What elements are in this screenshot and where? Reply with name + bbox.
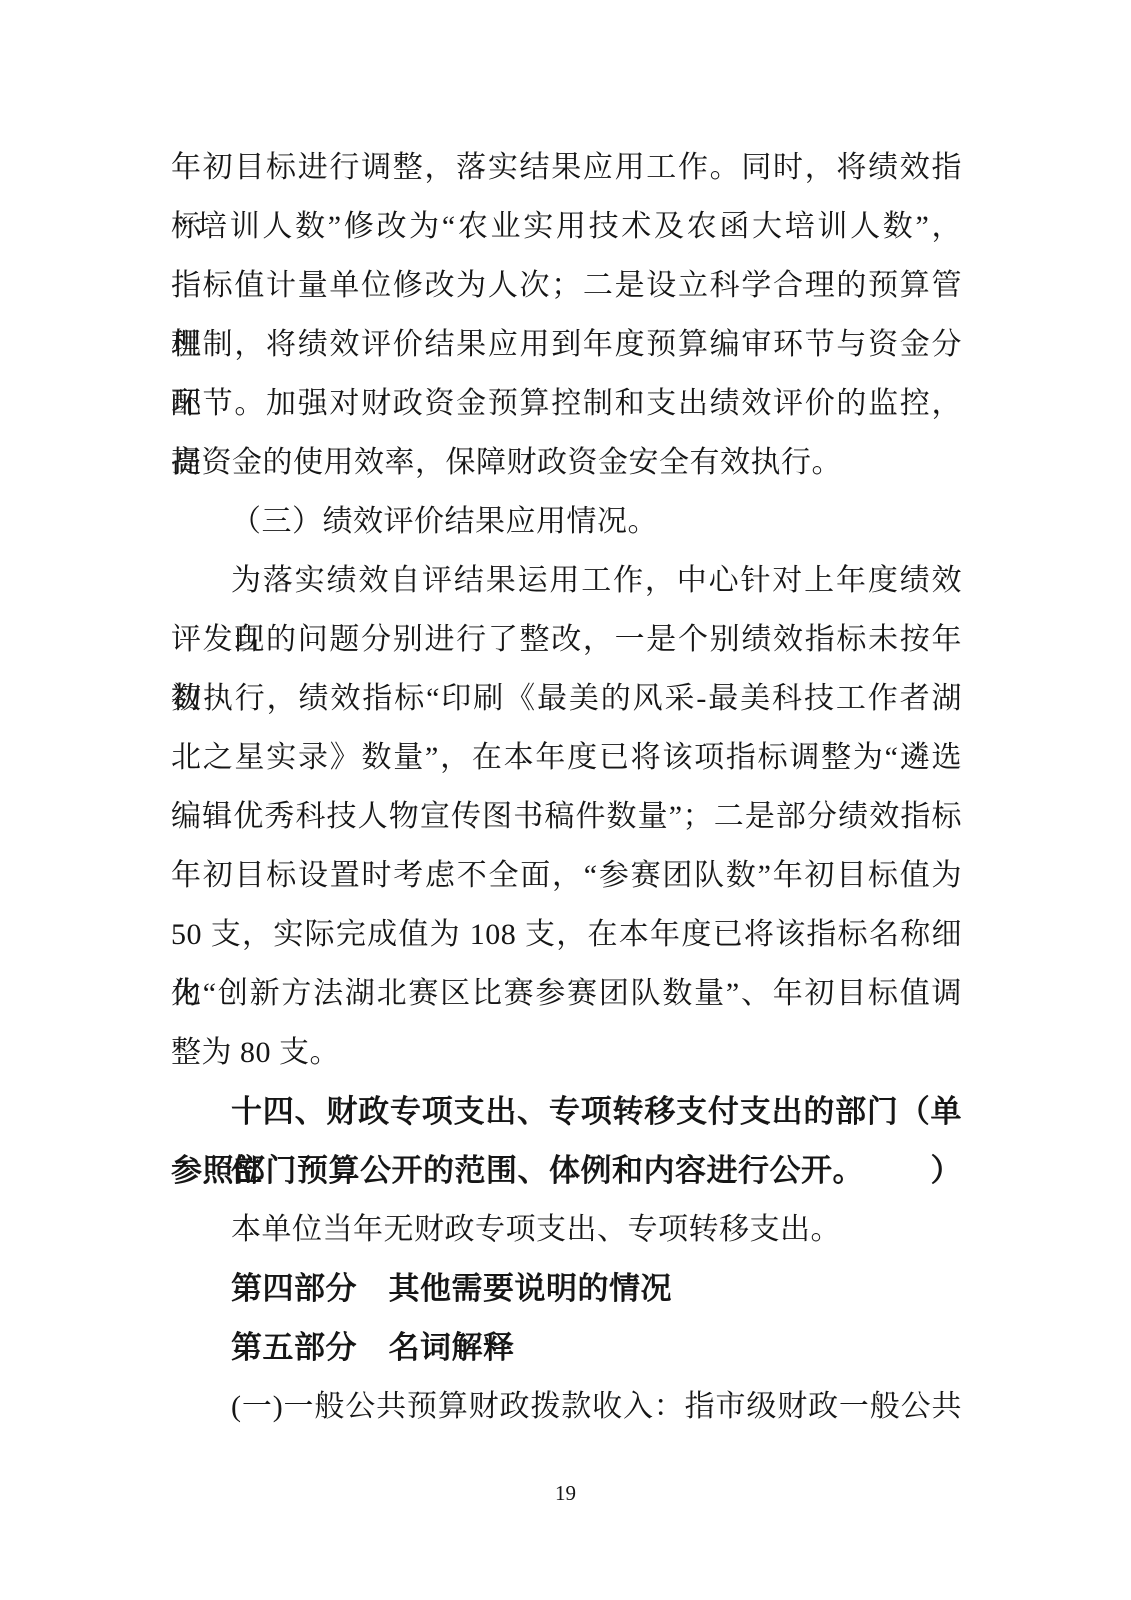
text-line-6: 高资金的使用效率，保障财政资金安全有效执行。 bbox=[171, 433, 962, 492]
text-line-5: 环节。加强对财政资金预算控制和支出绩效评价的监控，提 bbox=[171, 374, 962, 433]
text-line-4: 机制，将绩效评价结果应用到年度预算编审环节与资金分配 bbox=[171, 315, 962, 374]
text-line-14: 50 支，实际完成值为 108 支，在本年度已将该指标名称细化 bbox=[171, 905, 962, 964]
text-line-18: 参照部门预算公开的范围、体例和内容进行公开。 bbox=[171, 1141, 962, 1200]
text-line-21: 第五部分 名词解释 bbox=[171, 1318, 962, 1377]
text-line-9: 评发现的问题分别进行了整改，一是个别绩效指标未按年初 bbox=[171, 610, 962, 669]
text-line-19: 本单位当年无财政专项支出、专项转移支出。 bbox=[171, 1200, 962, 1259]
text-line-3: 指标值计量单位修改为人次；二是设立科学合理的预算管理 bbox=[171, 256, 962, 315]
text-line-15: 为“创新方法湖北赛区比赛参赛团队数量”、年初目标值调 bbox=[171, 964, 962, 1023]
text-line-13: 年初目标设置时考虑不全面，“参赛团队数”年初目标值为 bbox=[171, 846, 962, 905]
text-line-10: 数执行，绩效指标“印刷《最美的风采-最美科技工作者湖 bbox=[171, 669, 962, 728]
text-line-11: 北之星实录》数量”，在本年度已将该项指标调整为“遴选 bbox=[171, 728, 962, 787]
text-line-2: “培训人数”修改为“农业实用技术及农函大培训人数”， bbox=[171, 197, 962, 256]
text-line-7: （三）绩效评价结果应用情况。 bbox=[171, 492, 962, 551]
text-line-12: 编辑优秀科技人物宣传图书稿件数量”；二是部分绩效指标 bbox=[171, 787, 962, 846]
text-line-20: 第四部分 其他需要说明的情况 bbox=[171, 1259, 962, 1318]
text-line-1: 年初目标进行调整，落实结果应用工作。同时，将绩效指标 bbox=[171, 138, 962, 197]
text-line-8: 为落实绩效自评结果运用工作，中心针对上年度绩效自 bbox=[171, 551, 962, 610]
page-number: 19 bbox=[0, 1478, 1131, 1508]
text-line-16: 整为 80 支。 bbox=[171, 1023, 962, 1082]
document-page: 年初目标进行调整，落实结果应用工作。同时，将绩效指标“培训人数”修改为“农业实用… bbox=[0, 0, 1131, 1600]
text-line-17: 十四、财政专项支出、专项转移支付支出的部门（单位） bbox=[171, 1082, 962, 1141]
text-block: 年初目标进行调整，落实结果应用工作。同时，将绩效指标“培训人数”修改为“农业实用… bbox=[171, 138, 962, 1436]
text-line-22: (一)一般公共预算财政拨款收入：指市级财政一般公共 bbox=[171, 1377, 962, 1436]
